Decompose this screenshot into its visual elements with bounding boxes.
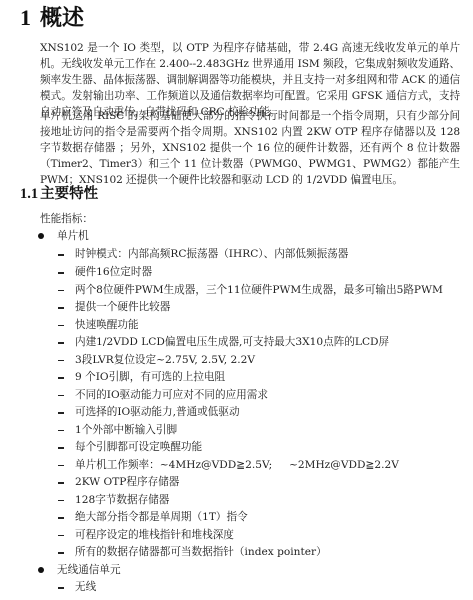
chapter-number: 1: [20, 5, 31, 30]
list-item-text: 绝大部分指令都是单周期（1T）指令: [75, 509, 248, 525]
list-item-text: 1个外部中断输入引脚: [75, 422, 177, 438]
list-item-text: 快速唤醒功能: [75, 317, 139, 333]
list-item-text: 每个引脚都可设定唤醒功能: [75, 439, 202, 455]
feature-group-label: 单片机: [57, 228, 89, 244]
list-item-text: 单片机工作频率：~4MHz@VDD≧2.5V; ~2MHz@VDD≧2.2V: [75, 457, 399, 473]
dash-icon: [58, 482, 64, 484]
list-item-text: 128字节数据存储器: [75, 492, 169, 508]
dash-icon: [58, 377, 64, 379]
dash-icon: [58, 500, 64, 502]
list-item-text: 硬件16位定时器: [75, 264, 152, 280]
dash-icon: [58, 290, 64, 292]
bullet-icon: [38, 233, 44, 239]
bullet-icon: [38, 567, 44, 573]
dash-icon: [58, 307, 64, 309]
list-item-text: 所有的数据存储器都可当数据指针（index pointer）: [75, 544, 327, 560]
list-item-text: 可程序设定的堆栈指针和堆栈深度: [75, 527, 234, 543]
list-item-text: 内建1/2VDD LCD偏置电压生成器,可支持最大3X10点阵的LCD屏: [75, 334, 389, 350]
list-item-text: 提供一个硬件比较器: [75, 299, 170, 315]
dash-icon: [58, 342, 64, 344]
dash-icon: [58, 360, 64, 362]
chapter-title: 概述: [40, 6, 84, 31]
chapter-heading: 1概述: [20, 4, 84, 33]
feature-group-label: 无线通信单元: [57, 562, 121, 578]
list-item-text: 2KW OTP程序存储器: [75, 474, 179, 490]
dash-icon: [58, 325, 64, 327]
document-page: 1概述 XNS102 是一个 IO 类型，以 OTP 为程序存储基础，带 2.4…: [0, 0, 473, 600]
section-heading: 1.1主要特性: [20, 184, 98, 204]
dash-icon: [58, 447, 64, 449]
performance-label: 性能指标：: [40, 211, 93, 227]
dash-icon: [58, 587, 64, 589]
dash-icon: [58, 552, 64, 554]
dash-icon: [58, 465, 64, 467]
list-item-text: 两个8位硬件PWM生成器，三个11位硬件PWM生成器，最多可输出5路PWM: [75, 282, 443, 298]
section-number: 1.1: [20, 186, 38, 202]
dash-icon: [58, 254, 64, 256]
dash-icon: [58, 517, 64, 519]
dash-icon: [58, 272, 64, 274]
overview-paragraph-2: 单片机运用 RISC 的架构基础使大部分的指令执行时间都是一个指令周期，只有少部…: [40, 108, 460, 188]
list-item-text: 3段LVR复位设定~2.75V, 2.5V, 2.2V: [75, 352, 255, 368]
list-item-text: 时钟模式：内部高频RC振荡器（IHRC）、内部低频振荡器: [75, 246, 348, 262]
dash-icon: [58, 412, 64, 414]
list-item-text: 9 个IO引脚，有可选的上拉电阻: [75, 369, 225, 385]
dash-icon: [58, 395, 64, 397]
section-title: 主要特性: [40, 186, 98, 202]
dash-icon: [58, 430, 64, 432]
list-item-text: 不同的IO驱动能力可应对不同的应用需求: [75, 387, 268, 403]
list-item-text: 无线: [75, 579, 96, 595]
dash-icon: [58, 535, 64, 537]
list-item-text: 可选择的IO驱动能力,普通或低驱动: [75, 404, 240, 420]
